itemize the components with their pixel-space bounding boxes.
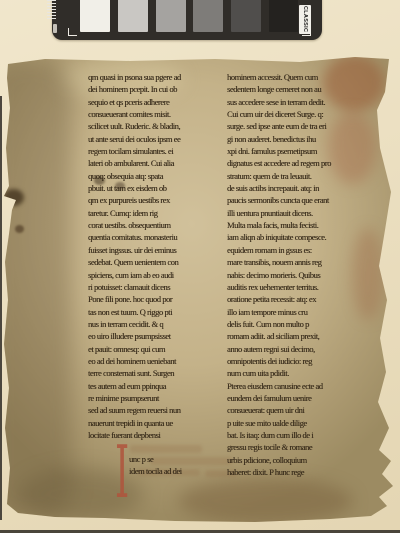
manuscript-line: iam aliqn ab iniquitate compesce. — [227, 231, 353, 243]
manuscript-line: num cum uita pdidit. — [227, 367, 353, 379]
manuscript-line: sus accedere sese in terram dedit. — [227, 96, 353, 108]
manuscript-line: surge. sed ipse ante eum de tra eri — [227, 120, 353, 132]
grime-stain — [178, 478, 353, 524]
manuscript-line: consueuerant comites misit. — [88, 108, 210, 120]
manuscript-column-left-end: unc p seidem tocila ad dei — [129, 453, 182, 478]
manuscript-line: Multa mala facis, multa fecisti. — [227, 219, 353, 231]
gray-patch-6 — [269, 0, 298, 32]
registration-mark-left-icon — [68, 28, 77, 36]
manuscript-line: dignatus est accedere ad regem pro — [227, 157, 353, 169]
manuscript-line: eundem dei famulum uenire — [227, 392, 353, 404]
manuscript-line: et pauit: omnesq: qui cum — [88, 343, 210, 355]
manuscript-line: eo uiro illudere psumpsisset — [88, 330, 210, 342]
manuscript-line: taretur. Cumq: idem rig — [88, 207, 210, 219]
parchment-leaf: qm quasi in psona sua pgere addei homine… — [0, 0, 400, 533]
manuscript-line: de suis actibs increpauit. atq: in — [227, 182, 353, 194]
manuscript-line: nus in terram cecidit. & q — [88, 318, 210, 330]
manuscript-line: oratione petita recessit: atq: ex — [227, 293, 353, 305]
manuscript-line: equidem romam in gssus es: — [227, 244, 353, 256]
manuscript-line: quoq: obsequia atq: spata — [88, 170, 210, 182]
manuscript-line: spiciens, cum iam ab eo audi — [88, 269, 210, 281]
manuscript-line: sedentem longe cerneret non au — [227, 83, 353, 95]
manuscript-line: terre consternati sunt. Surgen — [88, 367, 210, 379]
manuscript-line: omnipotentis dei iudicio: reg — [227, 355, 353, 367]
manuscript-line: auditis rex uehementer territus. — [227, 281, 353, 293]
ruler-unit-label — [53, 24, 57, 33]
manuscript-line: sedebat. Quem uenientem con — [88, 256, 210, 268]
manuscript-line: dei hominem pcepit. In cui ob — [88, 83, 210, 95]
manuscript-line: regem tocilam simulantes. ei — [88, 145, 210, 157]
manuscript-line: mare transibis, nouem annis reg — [227, 256, 353, 268]
manuscript-line: sed ad suum regem reuersi nun — [88, 404, 210, 416]
manuscript-column-left: qm quasi in psona sua pgere addei homine… — [88, 71, 210, 441]
grayscale-calibration-card: er CLASSIC — [52, 0, 322, 40]
manuscript-line: eo ad dei hominem ueniebant — [88, 355, 210, 367]
edge-darkening-stain — [0, 60, 72, 520]
manuscript-line: romam adiit. ad siciliam prexit, — [227, 330, 353, 342]
manuscript-line: qm quasi in psona sua pgere ad — [88, 71, 210, 83]
manuscript-line: bat. Is itaq: dum cum illo de i — [227, 429, 353, 441]
gray-patch-4 — [193, 0, 223, 32]
manuscript-line: locitate fuerant depbensi — [88, 429, 210, 441]
manuscript-line: gressu regis tocile & romane — [227, 441, 353, 453]
gray-patch-3 — [156, 0, 186, 32]
manuscript-line: p uite sue mito ualde dilige — [227, 417, 353, 429]
manuscript-column-right: hominem accessit. Quem cumsedentem longe… — [227, 71, 353, 478]
manuscript-line: xpi dni. famulus psemetipsum — [227, 145, 353, 157]
manuscript-line: qm ex purpureis uestibs rex — [88, 194, 210, 206]
manuscript-line: ut ante serui dei oculos ipsm ee — [88, 133, 210, 145]
manuscript-line: unc p se — [129, 453, 182, 465]
manuscript-line: sequio et qs pceris adherere — [88, 96, 210, 108]
manuscript-line: delis fuit. Cum non multo p — [227, 318, 353, 330]
manuscript-line: haberet: dixit. P hunc rege — [227, 466, 353, 478]
classic-label: CLASSIC — [302, 6, 308, 32]
manuscript-line: lateri ob ambularent. Cui alia — [88, 157, 210, 169]
show-through-smudge — [130, 445, 202, 453]
manuscript-line: idem tocila ad dei — [129, 465, 182, 477]
manuscript-line: tas non est tuum. Q riggo pti — [88, 306, 210, 318]
manuscript-line: re minime psumpserunt — [88, 392, 210, 404]
ruler-ticks-icon — [47, 0, 56, 21]
manuscript-line: urbis pdicione, colloquium — [227, 454, 353, 466]
rubricated-initial: I — [115, 446, 122, 502]
manuscript-line: nabis: decimo morieris. Quibus — [227, 269, 353, 281]
manuscript-line: consueuerat: quem uir dni — [227, 404, 353, 416]
manuscript-line: Pone fili pone. hoc quod por — [88, 293, 210, 305]
gray-patch-2 — [118, 0, 148, 32]
manuscript-line: tes autem ad eum ppinqua — [88, 380, 210, 392]
gray-patch-1 — [80, 0, 110, 32]
manuscript-line: quentia comitatus. monasteriu — [88, 231, 210, 243]
manuscript-line: illi uentura pnuntiauit dicens. — [227, 207, 353, 219]
gray-patch-5 — [231, 0, 261, 32]
manuscript-line: gi non auderet. benedictus ihu — [227, 133, 353, 145]
manuscript-line: Cui cum uir dei diceret Surge. q: — [227, 108, 353, 120]
frame-edge-left — [0, 96, 2, 520]
manuscript-line: ri potuisset: clamauit dicens — [88, 281, 210, 293]
rust-stain — [352, 228, 384, 320]
manuscript-line: fuisset ingssus. uir dei eminus — [88, 244, 210, 256]
manuscript-line: nauerunt trepidi in quanta ue — [88, 417, 210, 429]
manuscript-line: anno autem regni sui decimo, — [227, 343, 353, 355]
classic-label-box: CLASSIC — [299, 5, 311, 34]
dark-spot-stain — [15, 225, 24, 233]
manuscript-line: stratum: quem de tra leuauit. — [227, 170, 353, 182]
manuscript-line: illo iam tempore minus cru — [227, 306, 353, 318]
manuscript-line: Pterea eiusdem canusine ecte ad — [227, 380, 353, 392]
manuscript-line: pbuit. ut tam ex eisdem ob — [88, 182, 210, 194]
manuscript-line: hominem accessit. Quem cum — [227, 71, 353, 83]
manuscript-line: paucis sermonibs cuncta que erant — [227, 194, 353, 206]
manuscript-line: corat uestibs. obsequentium — [88, 219, 210, 231]
manuscript-line: scilicet uult. Ruderic. & bladin, — [88, 120, 210, 132]
